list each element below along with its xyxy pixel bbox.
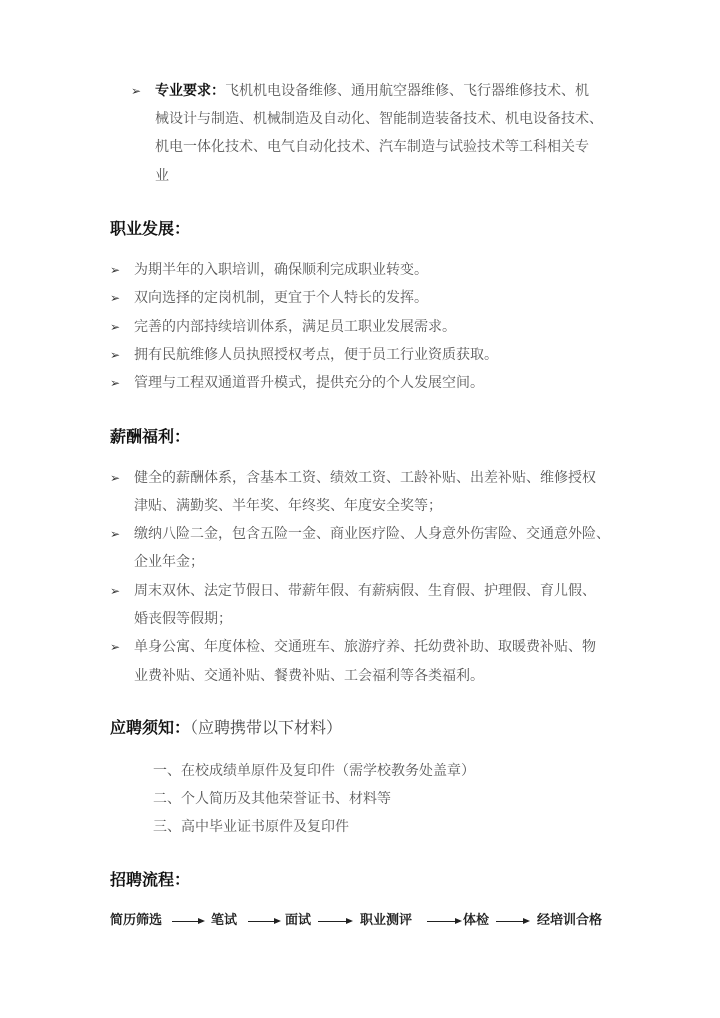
specialty-line-3: 机电一体化技术、电气自动化技术、汽车制造与试验技术等工科相关专 — [155, 138, 589, 156]
career-item: 拥有民航维修人员执照授权考点，便于员工行业资质获取。 — [134, 346, 498, 364]
specialty-text: 飞机机电设备维修、通用航空器维修、飞行器维修技术、机 — [225, 83, 589, 99]
benefits-item-line: 缴纳八险二金，包含五险一金、商业医疗险、人身意外伤害险、交通意外险、 — [134, 525, 610, 543]
application-item: 二、个人简历及其他荣誉证书、材料等 — [153, 790, 391, 808]
bullet-icon: ➢ — [110, 582, 120, 600]
benefits-item-line: 单身公寓、年度体检、交通班车、旅游疗养、托幼费补助、取暖费补贴、物 — [134, 638, 596, 656]
bullet-icon: ➢ — [110, 261, 120, 279]
process-heading: 招聘流程： — [110, 870, 190, 890]
specialty-line-2: 械设计与制造、机械制造及自动化、智能制造装备技术、机电设备技术、 — [155, 110, 603, 128]
benefits-item-line: 津贴、满勤奖、半年奖、年终奖、年度安全奖等； — [134, 497, 442, 515]
process-step: 简历筛选 — [110, 912, 162, 930]
career-item: 为期半年的入职培训，确保顺利完成职业转变。 — [134, 261, 428, 279]
bullet-icon: ➢ — [110, 318, 120, 336]
application-heading-note: （应聘携带以下材料） — [190, 718, 342, 737]
process-step: 体检 — [463, 912, 489, 930]
bullet-icon: ➢ — [110, 374, 120, 392]
career-item: 完善的内部持续培训体系，满足员工职业发展需求。 — [134, 318, 456, 336]
benefits-item-line: 健全的薪酬体系，含基本工资、绩效工资、工龄补贴、出差补贴、维修授权 — [134, 469, 596, 487]
arrow-right-icon — [318, 921, 351, 922]
benefits-item-line: 婚丧假等假期； — [134, 610, 232, 628]
specialty-label: 专业要求： — [155, 83, 225, 99]
benefits-heading: 薪酬福利： — [110, 427, 190, 447]
bullet-icon: ➢ — [110, 469, 120, 487]
process-step: 笔试 — [211, 912, 237, 930]
benefits-item-line: 企业年金； — [134, 553, 204, 571]
bullet-icon: ➢ — [110, 289, 120, 307]
bullet-icon: ➢ — [131, 82, 141, 100]
application-heading-label: 应聘须知： — [110, 718, 190, 737]
arrow-right-icon — [172, 921, 203, 922]
specialty-line-4: 业 — [155, 167, 169, 185]
arrow-right-icon — [427, 921, 460, 922]
process-step: 面试 — [285, 912, 311, 930]
bullet-icon: ➢ — [110, 346, 120, 364]
process-step: 职业测评 — [360, 912, 412, 930]
arrow-right-icon — [248, 921, 279, 922]
career-heading: 职业发展： — [110, 219, 190, 239]
benefits-item-line: 业费补贴、交通补贴、餐费补贴、工会福利等各类福利。 — [134, 667, 484, 685]
career-item: 管理与工程双通道晋升模式，提供充分的个人发展空间。 — [134, 374, 484, 392]
application-item: 一、在校成绩单原件及复印件（需学校教务处盖章） — [153, 762, 475, 780]
benefits-item-line: 周末双休、法定节假日、带薪年假、有薪病假、生育假、护理假、育儿假、 — [134, 582, 596, 600]
career-item: 双向选择的定岗机制，更宜于个人特长的发挥。 — [134, 289, 428, 307]
bullet-icon: ➢ — [110, 525, 120, 543]
application-item: 三、高中毕业证书原件及复印件 — [153, 818, 349, 836]
bullet-icon: ➢ — [110, 638, 120, 656]
process-step: 经培训合格 — [537, 912, 602, 930]
specialty-line-1: 专业要求：飞机机电设备维修、通用航空器维修、飞行器维修技术、机 — [155, 82, 589, 100]
arrow-right-icon — [496, 921, 528, 922]
application-heading: 应聘须知：（应聘携带以下材料） — [110, 718, 342, 738]
